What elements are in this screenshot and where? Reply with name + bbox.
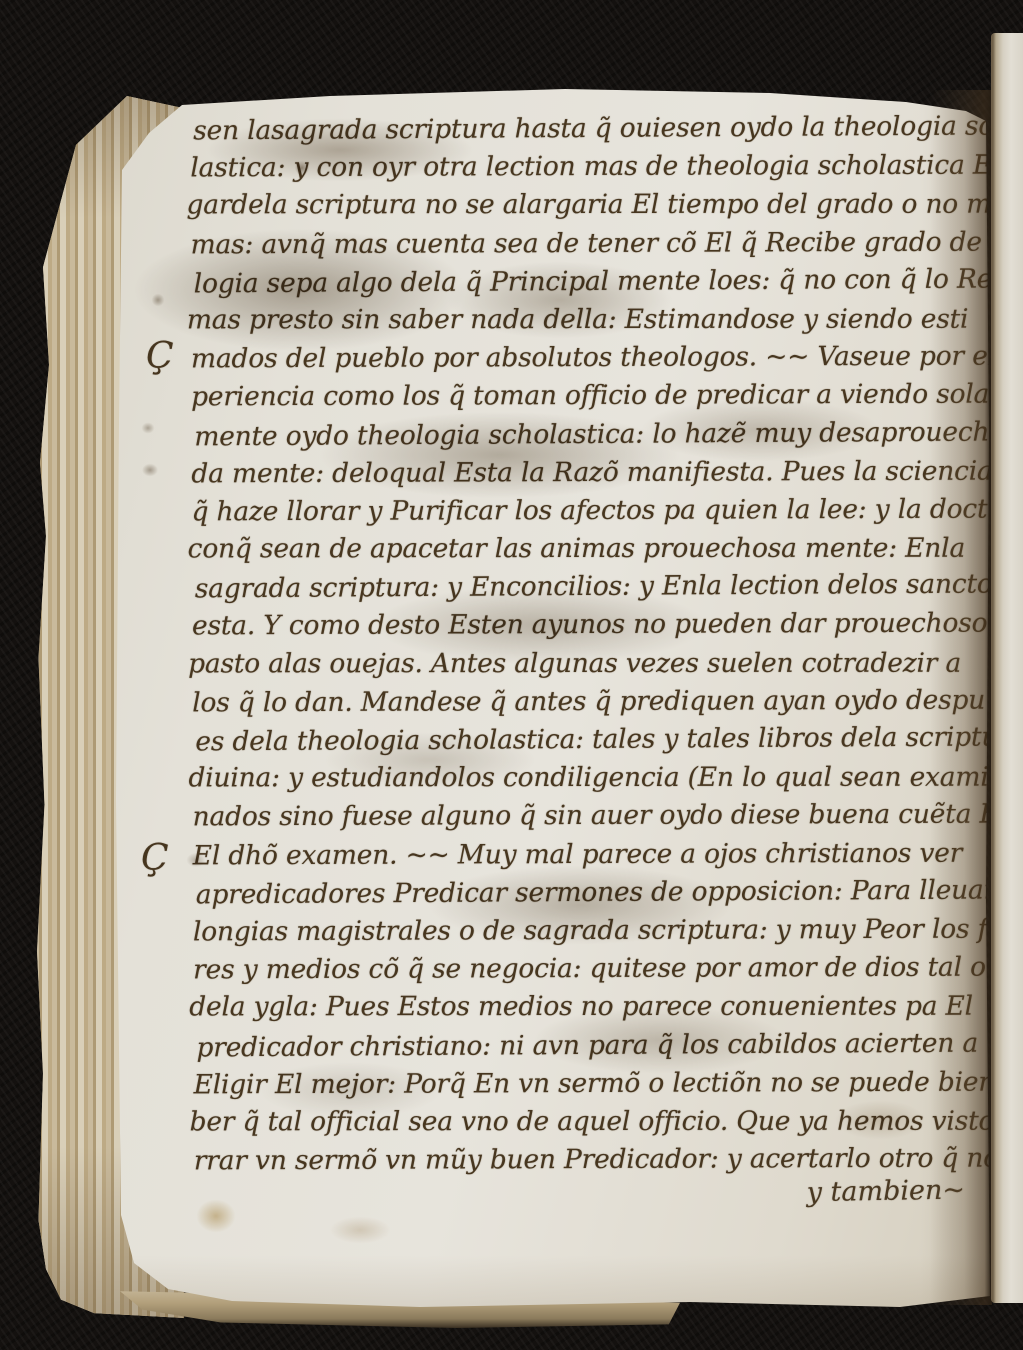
catchword: y tambien~ — [560, 1174, 965, 1212]
manuscript-line: diuina: y estudiandolos condiligencia (E… — [188, 759, 968, 798]
gutter-shadow — [930, 90, 992, 1305]
manuscript-line: pasto alas ouejas. Antes algunas vezes s… — [188, 644, 968, 683]
manuscript-line: q̃ haze llorar y Purificar los afectos p… — [191, 491, 971, 532]
manuscript-line: apredicadores Predicar sermones de oppos… — [196, 871, 976, 914]
manuscript-page: sen lasagrada scriptura hasta q̃ ouiesen… — [0, 0, 1023, 1350]
manuscript-line: conq̃ sean de apacetar las animas prouec… — [188, 530, 968, 569]
manuscript-line: mas presto sin saber nada della: Estiman… — [187, 301, 967, 340]
manuscript-line: sen lasagrada scriptura hasta q̃ ouiesen… — [193, 108, 973, 151]
manuscript-line: los q̃ lo dan. Mandese q̃ antes q̃ predi… — [192, 681, 972, 722]
manuscript-line: mas: avnq̃ mas cuenta sea de tener cõ El… — [191, 223, 971, 264]
manuscript-line: esta. Y como desto Esten ayunos no puede… — [192, 605, 972, 646]
paragraph-mark: Ç — [146, 336, 174, 377]
manuscript-line: predicador christiano: ni avn para q̃ lo… — [196, 1024, 976, 1067]
manuscript-line: longias magistrales o de sagrada scriptu… — [193, 911, 973, 952]
manuscript-line: rrar vn sermõ vn mũy buen Predicador: y … — [194, 1140, 974, 1181]
manuscript-line: lastica: y con oyr otra lection mas de t… — [190, 147, 970, 188]
manuscript-line: mente oydo theologia scholastica: lo haz… — [194, 413, 974, 456]
manuscript-line: ber q̃ tal official sea vno de aquel off… — [190, 1103, 970, 1142]
manuscript-line: Eligir El mejor: Porq̃ En vn sermõ o lec… — [193, 1063, 973, 1104]
manuscript-line: es dela theologia scholastica: tales y t… — [195, 719, 975, 762]
manuscript-line: periencia como los q̃ toman officio de p… — [191, 376, 971, 417]
manuscript-line: res y medios cõ q̃ se negocia: quitese p… — [193, 949, 973, 990]
text-block: sen lasagrada scriptura hasta q̃ ouiesen… — [190, 109, 974, 1181]
manuscript-line: logia sepa algo dela q̃ Principal mente … — [194, 260, 974, 303]
manuscript-line: El dhõ examen. ~~ Muy mal parece a ojos … — [193, 834, 973, 875]
next-page-sliver — [991, 33, 1023, 1303]
manuscript-line: sagrada scriptura: y Enconcilios: y Enla… — [195, 566, 975, 609]
manuscript-line: nados sino fuese alguno q̃ sin auer oydo… — [193, 796, 973, 837]
manuscript-line: gardela scriptura no se alargaria El tie… — [186, 186, 966, 225]
manuscript-line: mados del pueblo por absolutos theologos… — [191, 338, 971, 379]
paragraph-mark: Ç — [141, 838, 169, 879]
manuscript-line: dela ygla: Pues Estos medios no parece c… — [189, 988, 969, 1027]
manuscript-line: da mente: deloqual Esta la Razõ manifies… — [191, 452, 971, 493]
